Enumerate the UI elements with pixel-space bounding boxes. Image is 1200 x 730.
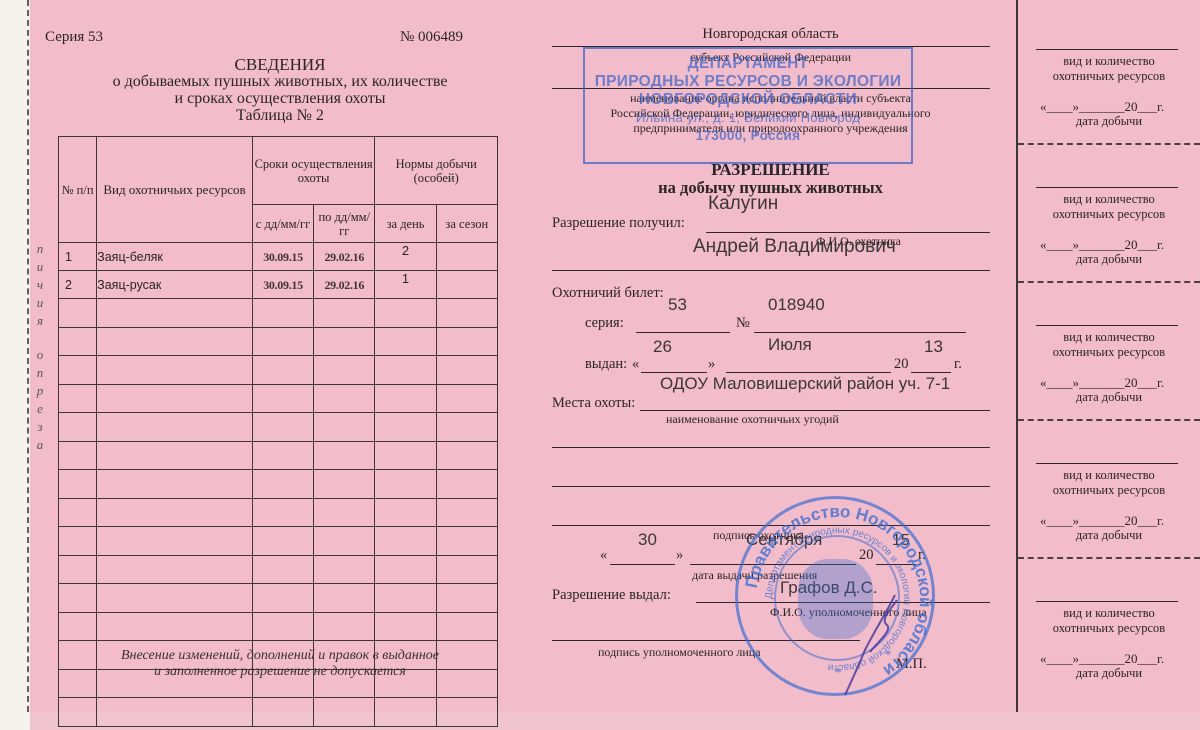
ticket-series-label: серия: [585, 315, 624, 332]
table-row [59, 441, 498, 470]
permit-month-line [690, 564, 856, 565]
issued-month-line [726, 372, 891, 373]
cell-from [252, 698, 313, 727]
issuer-name: Графов Д.С. [780, 578, 878, 598]
cell-from [252, 555, 313, 584]
cell-per-season [436, 243, 497, 271]
cell-per-day [375, 413, 436, 442]
cell-kind: Заяц-беляк [97, 243, 253, 271]
cell-per-season [436, 584, 497, 613]
ticket-number-line [754, 332, 966, 333]
cell-from: 30.09.15 [252, 243, 313, 271]
authority-caption-2: Российской Федерации, юридического лица,… [548, 106, 993, 120]
cell-to [314, 527, 375, 556]
cell-per-season [436, 384, 497, 413]
cell-per-day [375, 441, 436, 470]
no-changes-warning: Внесение изменений, дополнений и правок … [30, 648, 530, 680]
warning-line-1: Внесение изменений, дополнений и правок … [30, 648, 530, 664]
seal-place-label: М.П. [896, 656, 927, 673]
stub-caption: вид и количествоохотничьих ресурсов [1018, 192, 1200, 222]
cell-per-season [436, 470, 497, 499]
cell-num [59, 698, 97, 727]
cell-to [314, 299, 375, 328]
cell-from [252, 384, 313, 413]
col-from-header: с дд/мм/гг [252, 205, 313, 243]
table-row [59, 384, 498, 413]
stub-date-caption: дата добычи [1018, 114, 1200, 129]
cell-kind [97, 527, 253, 556]
cell-num [59, 584, 97, 613]
cell-num [59, 299, 97, 328]
cell-to [314, 498, 375, 527]
issued-year-line [911, 372, 951, 373]
cell-per-day [375, 299, 436, 328]
stub-caption-2: охотничьих ресурсов [1018, 621, 1200, 636]
issued-label: выдан: [585, 356, 627, 373]
permit-day-line [610, 564, 675, 565]
places-caption: наименование охотничьих угодий [666, 412, 839, 426]
authority-caption-1: наименование органа исполнительной власт… [548, 91, 993, 105]
cell-per-season [436, 356, 497, 385]
region-value: Новгородская область [548, 26, 993, 43]
cell-per-season [436, 271, 497, 299]
cell-from [252, 584, 313, 613]
table-row [59, 698, 498, 727]
harvest-stub: вид и количествоохотничьих ресурсов«____… [1018, 4, 1200, 142]
cell-per-day [375, 527, 436, 556]
cell-per-day [375, 384, 436, 413]
cell-num [59, 413, 97, 442]
region-caption: субъект Российской Федерации [548, 50, 993, 64]
cell-num [59, 612, 97, 641]
cell-to: 29.02.16 [314, 271, 375, 299]
stub-caption: вид и количествоохотничьих ресурсов [1018, 330, 1200, 360]
cell-kind [97, 299, 253, 328]
harvest-stub: вид и количествоохотничьих ресурсов«____… [1018, 418, 1200, 556]
permit-month: Сентября [746, 530, 822, 550]
stub-caption: вид и количествоохотничьих ресурсов [1018, 468, 1200, 498]
places-line [640, 410, 990, 411]
places-line-2 [552, 447, 990, 448]
stub-date-field: «____»_______20___г. [1040, 237, 1164, 253]
permit-year-prefix: 20 [859, 547, 874, 564]
cell-per-season [436, 299, 497, 328]
info-title: СВЕДЕНИЯ [30, 56, 530, 73]
places-label: Места охоты: [552, 395, 635, 412]
cell-kind [97, 413, 253, 442]
table-row [59, 555, 498, 584]
issued-year-prefix: 20 [894, 356, 909, 373]
cell-per-season [436, 441, 497, 470]
stub-caption-2: охотничьих ресурсов [1018, 483, 1200, 498]
col-kind-header: Вид охотничьих ресурсов [97, 137, 253, 243]
cell-per-day [375, 356, 436, 385]
stub-date-caption: дата добычи [1018, 390, 1200, 405]
cell-per-day [375, 498, 436, 527]
cell-per-season [436, 555, 497, 584]
cell-per-day [375, 555, 436, 584]
table-row [59, 413, 498, 442]
table-label: Таблица № 2 [30, 107, 530, 124]
table-row [59, 470, 498, 499]
stub-caption: вид и количествоохотничьих ресурсов [1018, 606, 1200, 636]
issuer-name-line [696, 602, 990, 603]
harvest-stub: вид и количествоохотничьих ресурсов«____… [1018, 280, 1200, 418]
cell-kind [97, 584, 253, 613]
cell-to [314, 555, 375, 584]
recipient-surname: Калугин [708, 193, 778, 215]
issuer-signature-caption: подпись уполномоченного лица [598, 645, 761, 659]
cell-to [314, 384, 375, 413]
stub-caption-1: вид и количество [1018, 330, 1200, 345]
series-label: Серия 53 [45, 29, 103, 46]
scan-margin [0, 0, 30, 730]
cell-to [314, 356, 375, 385]
region-line [552, 46, 990, 47]
cell-kind [97, 555, 253, 584]
stub-caption-2: охотничьих ресурсов [1018, 345, 1200, 360]
cell-to [314, 584, 375, 613]
form-number: № 006489 [400, 29, 463, 46]
cell-kind [97, 498, 253, 527]
permit-year: 15 [892, 532, 910, 550]
cell-from [252, 356, 313, 385]
cell-per-day [375, 584, 436, 613]
cell-from [252, 470, 313, 499]
cell-num [59, 555, 97, 584]
stub-entry-line [1036, 601, 1178, 602]
stub-entry-line [1036, 325, 1178, 326]
cell-num [59, 356, 97, 385]
info-subtitle-2: и сроках осуществления охоты [30, 90, 530, 107]
stub-entry-line [1036, 463, 1178, 464]
stub-date-caption: дата добычи [1018, 666, 1200, 681]
stub-caption-1: вид и количество [1018, 606, 1200, 621]
permit-quote-close: » [676, 547, 683, 564]
recipient-label: Разрешение получил: [552, 215, 685, 232]
warning-line-2: и заполненное разрешение не допускается [30, 664, 530, 680]
cell-per-season [436, 698, 497, 727]
info-subtitle-1: о добываемых пушных животных, их количес… [30, 73, 530, 90]
table-row [59, 327, 498, 356]
stub-date-field: «____»_______20___г. [1040, 375, 1164, 391]
col-per-season-header: за сезон [436, 205, 497, 243]
issuer-label: Разрешение выдал: [552, 587, 671, 604]
cell-from: 30.09.15 [252, 271, 313, 299]
cell-num [59, 327, 97, 356]
col-to-header: по дд/мм/гг [314, 205, 375, 243]
cell-from [252, 527, 313, 556]
cell-from [252, 441, 313, 470]
authority-line [552, 88, 990, 89]
stub-date-caption: дата добычи [1018, 528, 1200, 543]
permit-day: 30 [638, 530, 657, 550]
recipient-line-2 [552, 270, 990, 271]
stub-date-field: «____»_______20___г. [1040, 513, 1164, 529]
cell-to [314, 612, 375, 641]
stub-caption-2: охотничьих ресурсов [1018, 69, 1200, 84]
places-line-3 [552, 486, 990, 487]
cell-num [59, 470, 97, 499]
cell-to [314, 413, 375, 442]
col-period-header: Сроки осуществления охоты [252, 137, 375, 205]
table-row [59, 527, 498, 556]
cell-kind [97, 441, 253, 470]
stub-caption-1: вид и количество [1018, 192, 1200, 207]
table-row: 1Заяц-беляк30.09.1529.02.162 [59, 243, 498, 271]
ticket-series-line [636, 332, 730, 333]
table-row [59, 584, 498, 613]
harvest-stub: вид и количествоохотничьих ресурсов«____… [1018, 556, 1200, 694]
stub-date-field: «____»_______20___г. [1040, 99, 1164, 115]
cell-num: 1 [59, 243, 97, 271]
cell-from [252, 498, 313, 527]
ticket-series: 53 [668, 295, 687, 315]
issuer-signature-line [552, 640, 860, 641]
cell-from [252, 413, 313, 442]
issuer-caption: Ф.И.О. уполномоченного лица [770, 605, 927, 619]
info-heading: СВЕДЕНИЯ о добываемых пушных животных, и… [30, 56, 530, 124]
permit-year-line [876, 564, 916, 565]
hunter-signature-line [552, 525, 990, 526]
col-per-day-header: за день [375, 205, 436, 243]
cell-from [252, 327, 313, 356]
cell-num [59, 384, 97, 413]
cell-per-season [436, 527, 497, 556]
cell-num [59, 441, 97, 470]
stub-caption-1: вид и количество [1018, 468, 1200, 483]
cell-num: 2 [59, 271, 97, 299]
cell-kind [97, 698, 253, 727]
issued-day: 26 [653, 337, 672, 357]
issued-day-line [641, 372, 707, 373]
cell-per-day [375, 470, 436, 499]
cell-per-day [375, 698, 436, 727]
stub-caption-2: охотничьих ресурсов [1018, 207, 1200, 222]
harvest-stub: вид и количествоохотничьих ресурсов«____… [1018, 142, 1200, 280]
stub-caption: вид и количествоохотничьих ресурсов [1018, 54, 1200, 84]
authority-caption-3: предпринимателя или природоохранного учр… [548, 121, 993, 135]
cell-kind [97, 470, 253, 499]
issued-year-suffix: г. [954, 356, 962, 373]
issued-month: Июля [768, 335, 812, 355]
cell-from [252, 299, 313, 328]
cell-kind [97, 356, 253, 385]
cell-kind [97, 327, 253, 356]
cell-per-day: 2 [375, 243, 436, 271]
stub-caption-1: вид и количество [1018, 54, 1200, 69]
cell-per-season [436, 327, 497, 356]
permit-panel: Новгородская область субъект Российской … [548, 0, 993, 712]
ticket-label: Охотничий билет: [552, 285, 664, 302]
cell-to [314, 327, 375, 356]
col-norms-header: Нормы добычи (особей) [375, 137, 498, 205]
cell-per-season [436, 413, 497, 442]
ticket-number: 018940 [768, 295, 825, 315]
cell-num [59, 527, 97, 556]
cell-kind [97, 384, 253, 413]
hunting-info-panel: Серия 53 № 006489 СВЕДЕНИЯ о добываемых … [30, 0, 530, 712]
table-row [59, 356, 498, 385]
issued-quote-open: « [632, 356, 639, 373]
hunting-table: № п/п Вид охотничьих ресурсов Сроки осущ… [58, 136, 498, 727]
issued-year: 13 [924, 337, 943, 357]
cell-to [314, 698, 375, 727]
cell-from [252, 612, 313, 641]
places-value: ОДОУ Маловишерский район уч. 7-1 [660, 374, 950, 394]
permit-title: РАЗРЕШЕНИЕ [548, 160, 993, 180]
stub-date-caption: дата добычи [1018, 252, 1200, 267]
table-row [59, 612, 498, 641]
cell-kind: Заяц-русак [97, 271, 253, 299]
perforation-left [27, 0, 29, 712]
table-row: 2Заяц-русак30.09.1529.02.161 [59, 271, 498, 299]
table-row [59, 299, 498, 328]
cell-to: 29.02.16 [314, 243, 375, 271]
stub-entry-line [1036, 49, 1178, 50]
table-row [59, 498, 498, 527]
cell-per-season [436, 498, 497, 527]
cell-per-season [436, 612, 497, 641]
stub-entry-line [1036, 187, 1178, 188]
recipient-line-1 [706, 232, 990, 233]
cell-per-day [375, 612, 436, 641]
permit-quote-open: « [600, 547, 607, 564]
cell-to [314, 441, 375, 470]
ticket-number-label: № [736, 315, 750, 332]
cell-per-day [375, 327, 436, 356]
permit-year-suffix: г. [918, 547, 926, 564]
col-num-header: № п/п [59, 137, 97, 243]
issued-quote-close: » [708, 356, 715, 373]
recipient-name: Андрей Владимирович [693, 236, 896, 258]
cell-to [314, 470, 375, 499]
stub-date-field: «____»_______20___г. [1040, 651, 1164, 667]
cell-kind [97, 612, 253, 641]
cell-num [59, 498, 97, 527]
cell-per-day: 1 [375, 271, 436, 299]
